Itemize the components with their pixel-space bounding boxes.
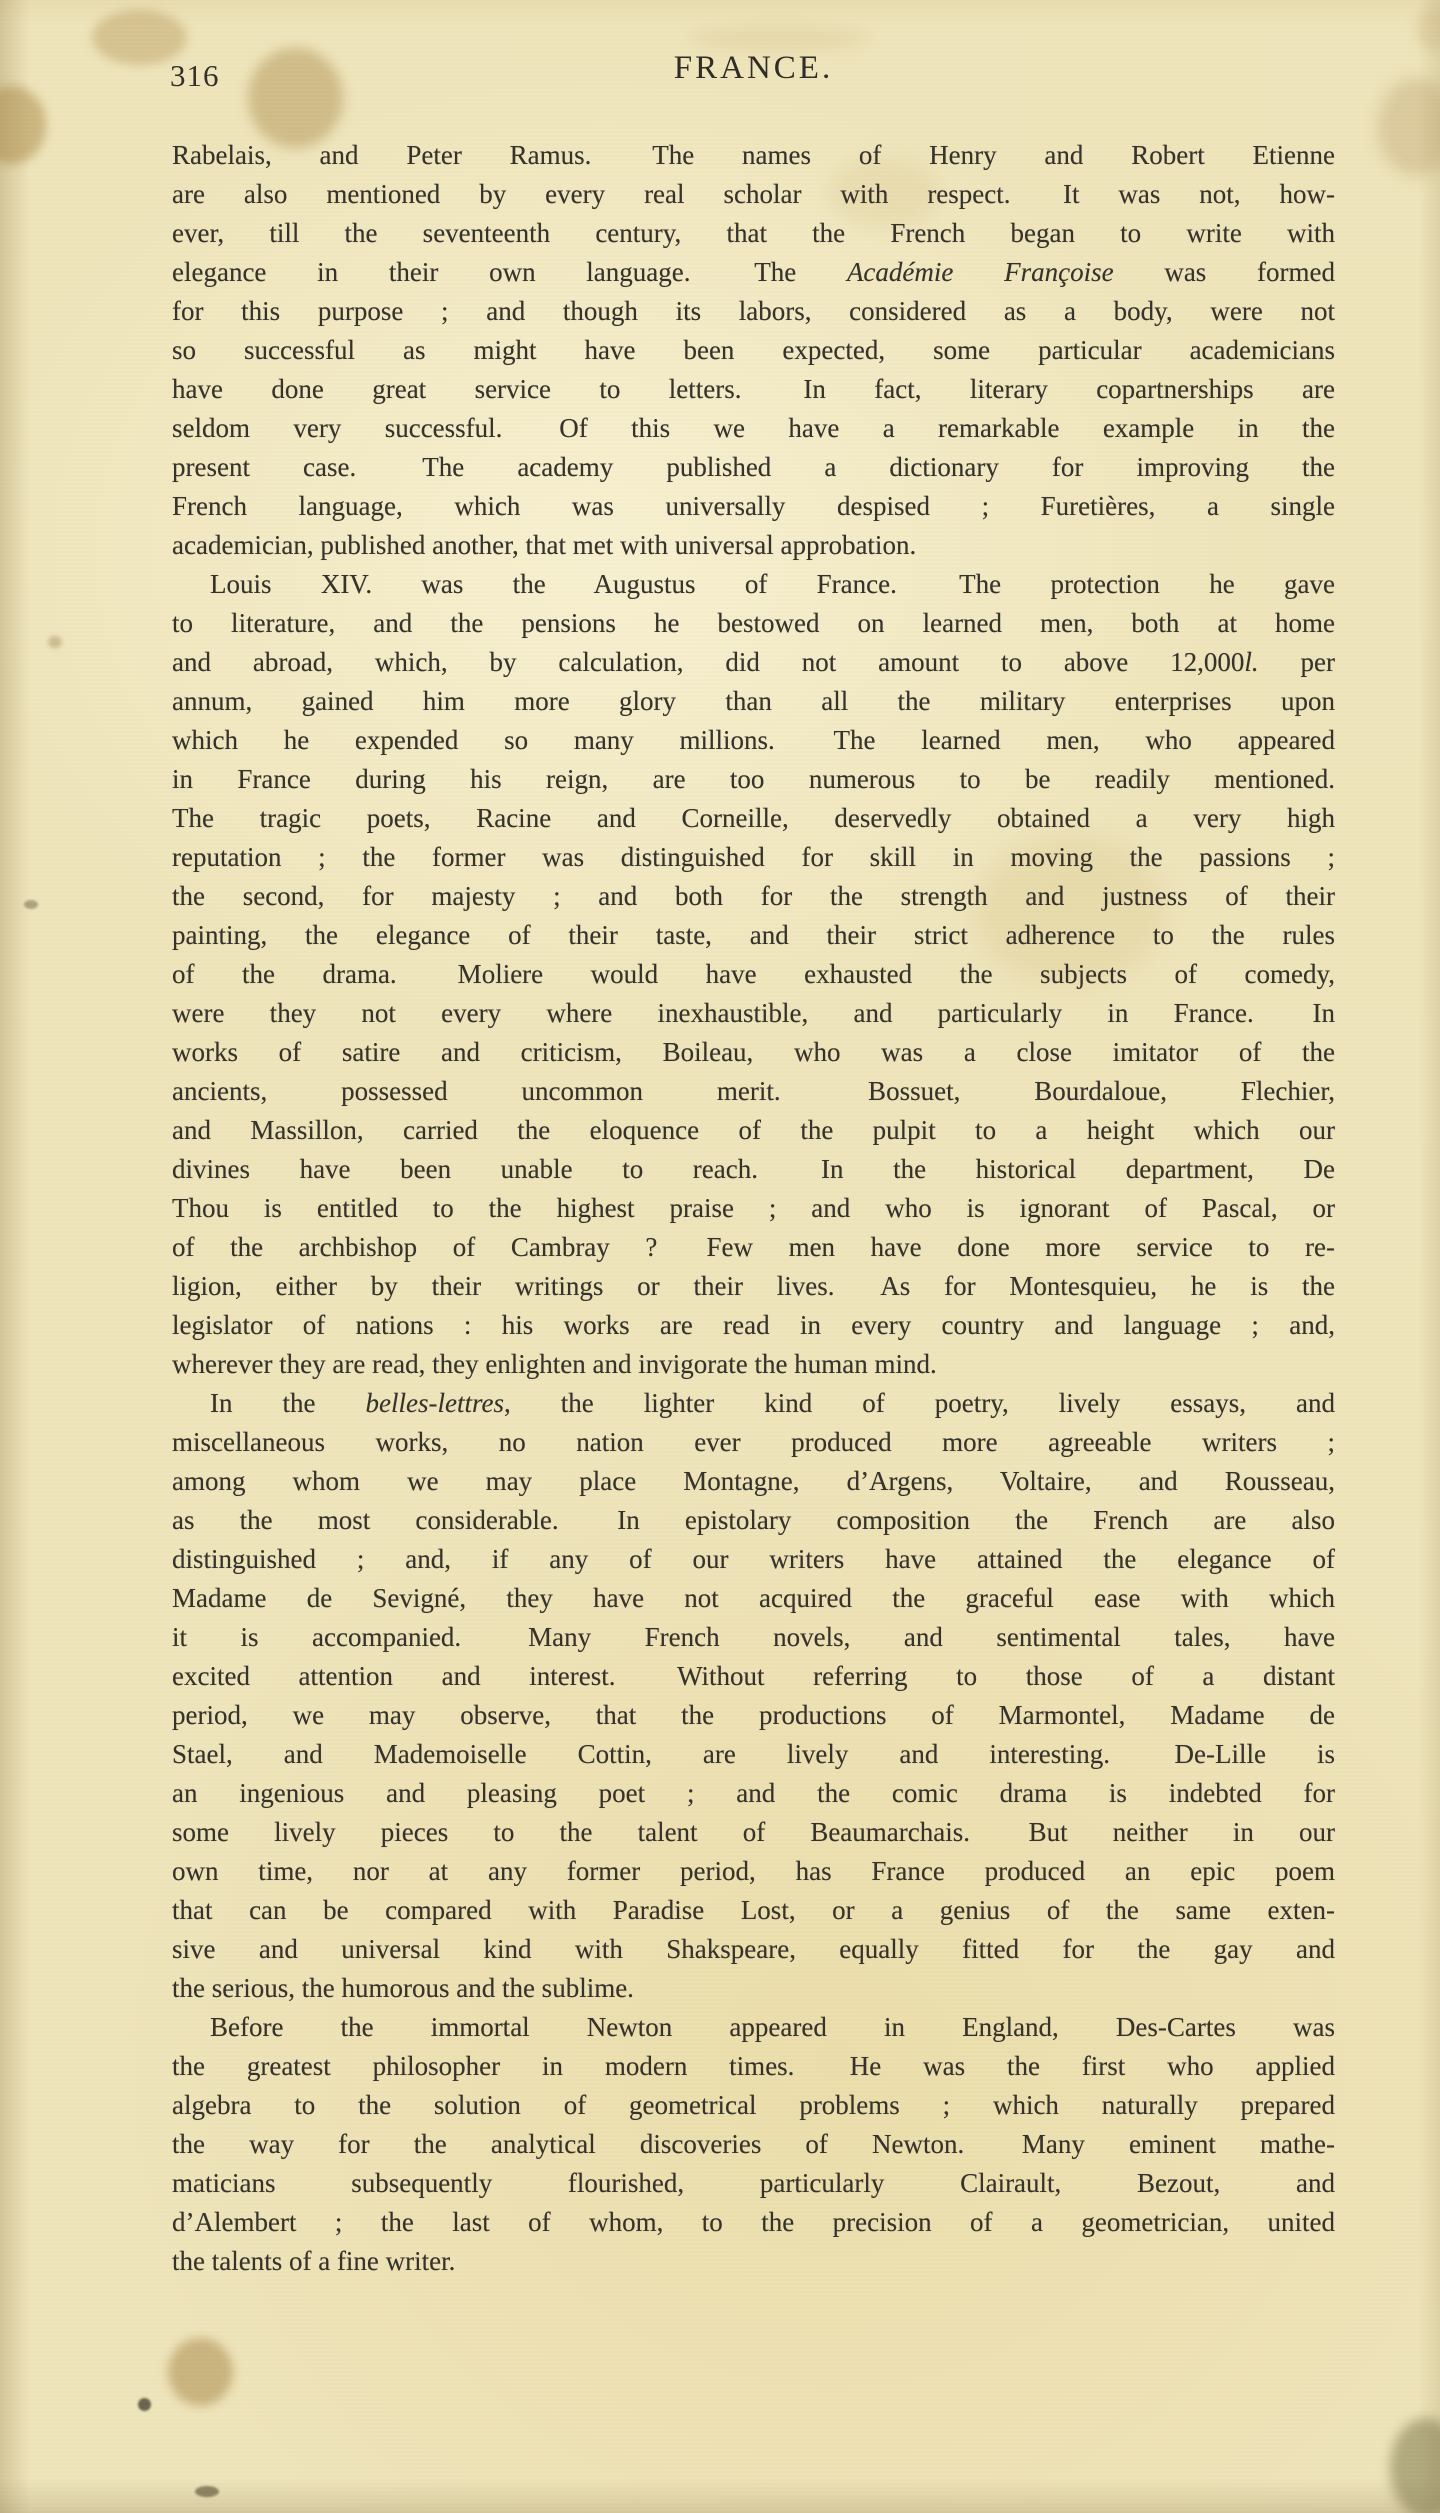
book-page-scan: 316 FRANCE. Rabelais, and Peter Ramus. T… — [0, 0, 1440, 2513]
text-line: that can be compared with Paradise Lost,… — [172, 1891, 1335, 1930]
text-line: seldom very successful. Of this we have … — [172, 409, 1335, 448]
text-line: Thou is entitled to the highest praise ;… — [172, 1189, 1335, 1228]
text-line: own time, nor at any former period, has … — [172, 1852, 1335, 1891]
stain — [690, 24, 870, 52]
text-line: are also mentioned by every real scholar… — [172, 175, 1335, 214]
text-line: Madame de Sevigné, they have not acquire… — [172, 1579, 1335, 1618]
text-line: The tragic poets, Racine and Corneille, … — [172, 799, 1335, 838]
running-header: FRANCE. — [172, 50, 1335, 87]
text-line: reputation ; the former was distinguishe… — [172, 838, 1335, 877]
text-line: and Massillon, carried the eloquence of … — [172, 1111, 1335, 1150]
text-line: to literature, and the pensions he besto… — [172, 604, 1335, 643]
stain — [48, 636, 62, 648]
stain — [0, 86, 46, 164]
text-line: the way for the analytical discoveries o… — [172, 2125, 1335, 2164]
text-line: were they not every where inexhaustible,… — [172, 994, 1335, 1033]
text-line: ancients, possessed uncommon merit. Boss… — [172, 1072, 1335, 1111]
stain — [1390, 2418, 1440, 2513]
stain — [24, 900, 38, 909]
text-line: divines have been unable to reach. In th… — [172, 1150, 1335, 1189]
text-line: and abroad, which, by calculation, did n… — [172, 643, 1335, 682]
text-line: sive and universal kind with Shakspeare,… — [172, 1930, 1335, 1969]
text-block: Rabelais, and Peter Ramus. The names of … — [172, 136, 1335, 2281]
text-line: Before the immortal Newton appeared in E… — [172, 2008, 1335, 2047]
text-line: distinguished ; and, if any of our write… — [172, 1540, 1335, 1579]
text-line: as the most considerable. In epistolary … — [172, 1501, 1335, 1540]
text-line: of the archbishop of Cambray ? Few men h… — [172, 1228, 1335, 1267]
text-line: the serious, the humorous and the sublim… — [172, 1969, 1335, 2008]
text-line: Rabelais, and Peter Ramus. The names of … — [172, 136, 1335, 175]
stain — [138, 2398, 151, 2411]
text-line: maticians subsequently flourished, parti… — [172, 2164, 1335, 2203]
stain — [168, 2338, 233, 2406]
text-line: the second, for majesty ; and both for t… — [172, 877, 1335, 916]
text-line: French language, which was universally d… — [172, 487, 1335, 526]
stain — [195, 2486, 219, 2497]
text-line: which he expended so many millions. The … — [172, 721, 1335, 760]
text-line: annum, gained him more glory than all th… — [172, 682, 1335, 721]
text-line: In the belles-lettres, the lighter kind … — [172, 1384, 1335, 1423]
text-line: works of satire and criticism, Boileau, … — [172, 1033, 1335, 1072]
text-line: have done great service to letters. In f… — [172, 370, 1335, 409]
text-line: d’Alembert ; the last of whom, to the pr… — [172, 2203, 1335, 2242]
text-line: excited attention and interest. Without … — [172, 1657, 1335, 1696]
text-line: wherever they are read, they enlighten a… — [172, 1345, 1335, 1384]
text-line: present case. The academy published a di… — [172, 448, 1335, 487]
text-line: the talents of a fine writer. — [172, 2242, 1335, 2281]
text-line: some lively pieces to the talent of Beau… — [172, 1813, 1335, 1852]
text-line: academician, published another, that met… — [172, 526, 1335, 565]
text-line: legislator of nations : his works are re… — [172, 1306, 1335, 1345]
text-line: painting, the elegance of their taste, a… — [172, 916, 1335, 955]
text-line: period, we may observe, that the product… — [172, 1696, 1335, 1735]
stain — [1416, 8, 1440, 50]
text-line: an ingenious and pleasing poet ; and the… — [172, 1774, 1335, 1813]
text-line: ligion, either by their writings or thei… — [172, 1267, 1335, 1306]
text-line: of the drama. Moliere would have exhaust… — [172, 955, 1335, 994]
text-line: elegance in their own language. The Acad… — [172, 253, 1335, 292]
text-line: algebra to the solution of geometrical p… — [172, 2086, 1335, 2125]
stain — [1378, 78, 1440, 176]
text-line: it is accompanied. Many French novels, a… — [172, 1618, 1335, 1657]
text-line: Louis XIV. was the Augustus of France. T… — [172, 565, 1335, 604]
text-line: so successful as might have been expecte… — [172, 331, 1335, 370]
text-line: among whom we may place Montagne, d’Arge… — [172, 1462, 1335, 1501]
text-line: for this purpose ; and though its labors… — [172, 292, 1335, 331]
text-line: in France during his reign, are too nume… — [172, 760, 1335, 799]
text-line: the greatest philosopher in modern times… — [172, 2047, 1335, 2086]
text-line: ever, till the seventeenth century, that… — [172, 214, 1335, 253]
text-line: miscellaneous works, no nation ever prod… — [172, 1423, 1335, 1462]
text-line: Stael, and Mademoiselle Cottin, are live… — [172, 1735, 1335, 1774]
